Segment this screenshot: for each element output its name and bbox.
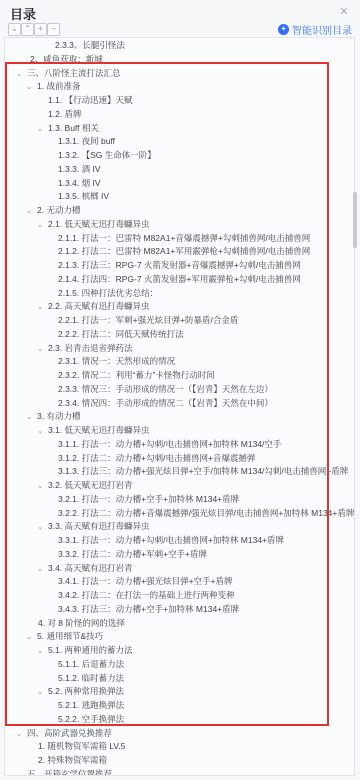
toc-item-label: 3.2.2. 打法二：动力槽+音爆震撼弹/强光炫目弹/电击捕兽网+加特林 M13…	[58, 508, 354, 518]
toc-item[interactable]: 5.1.1. 后退蓄力法	[5, 658, 354, 672]
toc-item-label: 1.3.1. 夜间 buff	[58, 136, 115, 146]
toc-item[interactable]: 1.3.1. 夜间 buff	[5, 135, 354, 149]
toc-item[interactable]: ⌄5. 通用细节&技巧	[5, 630, 354, 644]
chevron-down-icon[interactable]: ⌄	[37, 342, 48, 356]
toc-item[interactable]: 2.3.1. 情况一：天然形成的情况	[5, 355, 354, 369]
toc-item-label: 4. 对 8 阶怪的网的选择	[38, 618, 125, 628]
chevron-down-icon[interactable]: ⌄	[26, 410, 37, 424]
collapse-all-icon[interactable]: ⌃	[21, 23, 34, 36]
toc-item-label: 1.3.2. 【SG 生命体一阶】	[58, 150, 156, 160]
toc-item[interactable]: 2、咸鱼获取：新城	[5, 53, 354, 67]
toc-item[interactable]: 2.1.3. 打法三：RPG-7 火箭发射器+音爆震撼弹+勾刺/电击捕兽网	[5, 259, 354, 273]
toc-item-label: 2.2.1. 打法一：军刺+强光炫目弹+防暴盾/合金盾	[58, 315, 238, 325]
toc-item-label: 2.3.3、长腿引怪法	[55, 40, 125, 50]
close-icon[interactable]: ✕	[336, 4, 352, 20]
chevron-down-icon[interactable]: ⌄	[16, 67, 27, 81]
toc-item-label: 5.1.2. 临时蓄力法	[58, 673, 124, 683]
chevron-down-icon[interactable]: ⌄	[26, 80, 37, 94]
toc-item[interactable]: ⌄1. 战前准备	[5, 80, 354, 94]
toc-item-label: 2.3.1. 情况一：天然形成的情况	[58, 356, 175, 366]
toc-item[interactable]: 5.2.2. 空手换弹法	[5, 713, 354, 727]
toc-item[interactable]: ⌄3. 有动力槽	[5, 410, 354, 424]
toc-item-label: 5.1.1. 后退蓄力法	[58, 659, 124, 669]
toc-item[interactable]: 2.3.4. 情况四：手动形成的情况二（【岩青】天然在中间）	[5, 397, 354, 411]
toc-item[interactable]: 3.4.2. 打法二：在打法一的基础上进行两种变种	[5, 589, 354, 603]
toc-item-label: 2.1.3. 打法三：RPG-7 火箭发射器+音爆震撼弹+勾刺/电击捕兽网	[58, 260, 301, 270]
toc-item-label: 2.1.5. 四种打法优劣总结：	[58, 288, 158, 298]
toc-item-label: 五、开箱玄学位置推荐	[27, 769, 112, 776]
toc-item-label: 3.1.1. 打法一：动力槽+勾刺/电击捕兽网+加特林 M134/空手	[58, 439, 281, 449]
toc-item-label: 3. 有动力槽	[37, 411, 80, 421]
toc-item[interactable]: 1.3.4. 烟 IV	[5, 177, 354, 191]
chevron-down-icon[interactable]: ⌄	[16, 768, 27, 776]
toc-item[interactable]: 1.2. 盾牌	[5, 108, 354, 122]
toc-item-label: 2.1.2. 打法二：巴雷特 M82A1+军用霰弹枪+勾刺捕兽网/电击捕兽网	[58, 246, 310, 256]
toc-item[interactable]: 3.3.1. 打法一：动力槽+勾刺/电击捕兽网+加特林 M134+盾牌	[5, 534, 354, 548]
toc-item-label: 1.1. 【行动迅速】天赋	[48, 95, 133, 105]
toc-item[interactable]: 5.1.2. 临时蓄力法	[5, 672, 354, 686]
toc-item-label: 2. 特殊物资军需箱	[38, 755, 107, 765]
toc-item[interactable]: ⌄2. 无动力槽	[5, 204, 354, 218]
toc-item[interactable]: ⌄三、八阶怪主流打法汇总	[5, 67, 354, 81]
toc-item[interactable]: 1.3.2. 【SG 生命体一阶】	[5, 149, 354, 163]
smart-recognize-icon: ✦	[278, 24, 289, 35]
toc-item[interactable]: 1.3.3. 酒 IV	[5, 163, 354, 177]
toc-item[interactable]: 5.2.1. 逃跑换弹法	[5, 699, 354, 713]
chevron-down-icon[interactable]: ⌄	[37, 218, 48, 232]
toc-item-label: 2.3.3. 情况三：手动形成的情况一（【岩青】天然在左边）	[58, 384, 273, 394]
chevron-down-icon[interactable]: ⌄	[37, 122, 48, 136]
toc-item-label: 2.1. 低天赋无迅打毒蠊异虫	[48, 219, 150, 229]
toc-item[interactable]: 2.3.3、长腿引怪法	[5, 39, 354, 53]
toc-item[interactable]: ⌄5.2. 两种常用换弹法	[5, 685, 354, 699]
toc-item[interactable]: 2.3.2. 情况二：利用“蓄力”卡怪物行动时间	[5, 369, 354, 383]
toc-item[interactable]: ⌄五、开箱玄学位置推荐	[5, 768, 354, 776]
toc-item-label: 3.2.1. 打法一：动力槽+空手+加特林 M134+盾牌	[58, 494, 239, 504]
toc-item-label: 2.1.1. 打法一：巴雷特 M82A1+音爆震撼弹+勾刺捕兽网/电击捕兽网	[58, 233, 310, 243]
toc-item[interactable]: ⌄3.4. 高天赋有迅打岩青	[5, 562, 354, 576]
toc-item[interactable]: 3.2.1. 打法一：动力槽+空手+加特林 M134+盾牌	[5, 493, 354, 507]
toc-item-label: 3.1. 低天赋无迅打毒蠊异虫	[48, 425, 150, 435]
expand-all-icon[interactable]: ⌄	[8, 23, 21, 36]
toc-item-label: 1.3. Buff 相关	[48, 123, 99, 133]
toc-item-label: 3.4.1. 打法一：动力槽+强光炫目弹+空手+盾牌	[58, 576, 233, 586]
toc-item[interactable]: 2.1.4. 打法四：RPG-7 火箭发射器+军用霰弹枪+勾刺/电击捕兽网	[5, 273, 354, 287]
toc-item-label: 2.3.4. 情况四：手动形成的情况二（【岩青】天然在中间）	[58, 398, 273, 408]
toc-item[interactable]: 2.1.5. 四种打法优劣总结：	[5, 287, 354, 301]
toc-item-label: 2. 无动力槽	[37, 205, 80, 215]
toc-item-label: 3.4. 高天赋有迅打岩青	[48, 563, 133, 573]
toc-item[interactable]: ⌄3.1. 低天赋无迅打毒蠊异虫	[5, 424, 354, 438]
toc-item-label: 四、高阶武器兑换推荐	[27, 728, 112, 738]
page-title: 目录	[10, 4, 36, 23]
toc-item[interactable]: ⌄四、高阶武器兑换推荐	[5, 727, 354, 741]
chevron-down-icon[interactable]: ⌄	[26, 204, 37, 218]
toc-item[interactable]: 3.1.3. 打法三：动力槽+强光炫目弹+空手/加特林 M134/勾刺/电击捕兽…	[5, 465, 354, 479]
chevron-down-icon[interactable]: ⌄	[37, 479, 48, 493]
toc-item-label: 1. 战前准备	[37, 81, 80, 91]
toc-item[interactable]: 4. 对 8 阶怪的网的选择	[5, 617, 354, 631]
toc-item-label: 1.3.3. 酒 IV	[58, 164, 101, 174]
toc-item[interactable]: ⌄5.1. 两种通用的蓄力法	[5, 644, 354, 658]
toc-item[interactable]: 2.1.1. 打法一：巴雷特 M82A1+音爆震撼弹+勾刺捕兽网/电击捕兽网	[5, 232, 354, 246]
toc-item-label: 5.2.2. 空手换弹法	[58, 714, 124, 724]
toc-item[interactable]: 2.3.3. 情况三：手动形成的情况一（【岩青】天然在左边）	[5, 383, 354, 397]
chevron-down-icon[interactable]: ⌄	[16, 727, 27, 741]
chevron-down-icon[interactable]: ⌄	[37, 644, 48, 658]
toc-item-label: 2.3. 岩青击退省弹药法	[48, 343, 133, 353]
toc-item-label: 3.3. 高天赋有迅打毒蠊异虫	[48, 521, 150, 531]
zoom-in-icon[interactable]: +	[34, 23, 47, 36]
toc-item[interactable]: 2. 特殊物资军需箱	[5, 754, 354, 768]
toc-item[interactable]: ⌄3.2. 低天赋无迅打岩青	[5, 479, 354, 493]
toc-item[interactable]: ⌄2.1. 低天赋无迅打毒蠊异虫	[5, 218, 354, 232]
toc-item-label: 5.1. 两种通用的蓄力法	[48, 645, 133, 655]
toc-item[interactable]: 3.4.3. 打法三：动力槽+空手+加特林 M134+盾牌	[5, 603, 354, 617]
toc-item-label: 1. 随机物资军需箱 LV.5	[38, 741, 125, 751]
toc-item-label: 1.3.5. 槟榔 IV	[58, 191, 109, 201]
toc-item[interactable]: 1. 随机物资军需箱 LV.5	[5, 740, 354, 754]
chevron-down-icon[interactable]: ⌄	[37, 424, 48, 438]
chevron-down-icon[interactable]: ⌄	[37, 685, 48, 699]
toc-item-label: 5. 通用细节&技巧	[37, 631, 103, 641]
toc-item-label: 1.2. 盾牌	[48, 109, 82, 119]
toc-item-label: 3.2. 低天赋无迅打岩青	[48, 480, 133, 490]
toc-item-label: 5.2.1. 逃跑换弹法	[58, 700, 124, 710]
toc-item[interactable]: 2.1.2. 打法二：巴雷特 M82A1+军用霰弹枪+勾刺捕兽网/电击捕兽网	[5, 245, 354, 259]
toc-item-label: 2.3.2. 情况二：利用“蓄力”卡怪物行动时间	[58, 370, 215, 380]
vertical-scrollbar-thumb[interactable]	[353, 192, 357, 248]
toc-item-label: 3.3.2. 打法二：动力槽+军刺+空手+盾牌	[58, 549, 207, 559]
toc-item-label: 3.1.2. 打法二：动力槽+勾刺/电击捕兽网+音爆震撼弹	[58, 453, 255, 463]
toc-item-label: 3.1.3. 打法三：动力槽+强光炫目弹+空手/加特林 M134/勾刺/电击捕兽…	[58, 466, 348, 476]
chevron-down-icon[interactable]: ⌄	[26, 630, 37, 644]
toc-panel: 目录 ✕ ⌄ ⌃ + − ✦ 智能识别目录 2.3.3、长腿引怪法2、咸鱼获取：…	[0, 0, 360, 780]
toc-item[interactable]: ⌄3.3. 高天赋有迅打毒蠊异虫	[5, 520, 354, 534]
toc-item-label: 3.4.2. 打法二：在打法一的基础上进行两种变种	[58, 590, 235, 600]
toc-item[interactable]: ⌄2.2. 高天赋有迅打毒蠊异虫	[5, 300, 354, 314]
toc-item[interactable]: 2.2.1. 打法一：军刺+强光炫目弹+防暴盾/合金盾	[5, 314, 354, 328]
toc-item[interactable]: 3.3.2. 打法二：动力槽+军刺+空手+盾牌	[5, 548, 354, 562]
toc-item-label: 2、咸鱼获取：新城	[30, 54, 103, 64]
toc-item-label: 2.2. 高天赋有迅打毒蠊异虫	[48, 301, 150, 311]
smart-recognize-label: 智能识别目录	[292, 22, 352, 37]
toc-item-label: 1.3.4. 烟 IV	[58, 178, 101, 188]
toc-item-label: 2.2.2. 打法二：同低天赋传统打法	[58, 329, 184, 339]
toc-item[interactable]: 1.3.5. 槟榔 IV	[5, 190, 354, 204]
toc-item[interactable]: 1.1. 【行动迅速】天赋	[5, 94, 354, 108]
toc-item-label: 3.3.1. 打法一：动力槽+勾刺/电击捕兽网+加特林 M134+盾牌	[58, 535, 284, 545]
smart-recognize-button[interactable]: ✦ 智能识别目录	[278, 23, 352, 36]
chevron-down-icon[interactable]: ⌄	[37, 300, 48, 314]
toc-item[interactable]: 3.1.1. 打法一：动力槽+勾刺/电击捕兽网+加特林 M134/空手	[5, 438, 354, 452]
toc-item[interactable]: 3.4.1. 打法一：动力槽+强光炫目弹+空手+盾牌	[5, 575, 354, 589]
toc-item-label: 5.2. 两种常用换弹法	[48, 686, 124, 696]
toc-list: 2.3.3、长腿引怪法2、咸鱼获取：新城⌄三、八阶怪主流打法汇总⌄1. 战前准备…	[4, 37, 355, 776]
toc-item[interactable]: ⌄1.3. Buff 相关	[5, 122, 354, 136]
toc-item-label: 2.1.4. 打法四：RPG-7 火箭发射器+军用霰弹枪+勾刺/电击捕兽网	[58, 274, 301, 284]
chevron-down-icon[interactable]: ⌄	[37, 562, 48, 576]
toc-item[interactable]: 2.2.2. 打法二：同低天赋传统打法	[5, 328, 354, 342]
toc-item-label: 三、八阶怪主流打法汇总	[27, 68, 121, 78]
chevron-down-icon[interactable]: ⌄	[37, 520, 48, 534]
zoom-out-icon[interactable]: −	[47, 23, 60, 36]
toc-item-label: 3.4.3. 打法三：动力槽+空手+加特林 M134+盾牌	[58, 604, 239, 614]
toc-item[interactable]: ⌄2.3. 岩青击退省弹药法	[5, 342, 354, 356]
toc-item[interactable]: 3.1.2. 打法二：动力槽+勾刺/电击捕兽网+音爆震撼弹	[5, 452, 354, 466]
toc-item[interactable]: 3.2.2. 打法二：动力槽+音爆震撼弹/强光炫目弹/电击捕兽网+加特林 M13…	[5, 507, 354, 521]
